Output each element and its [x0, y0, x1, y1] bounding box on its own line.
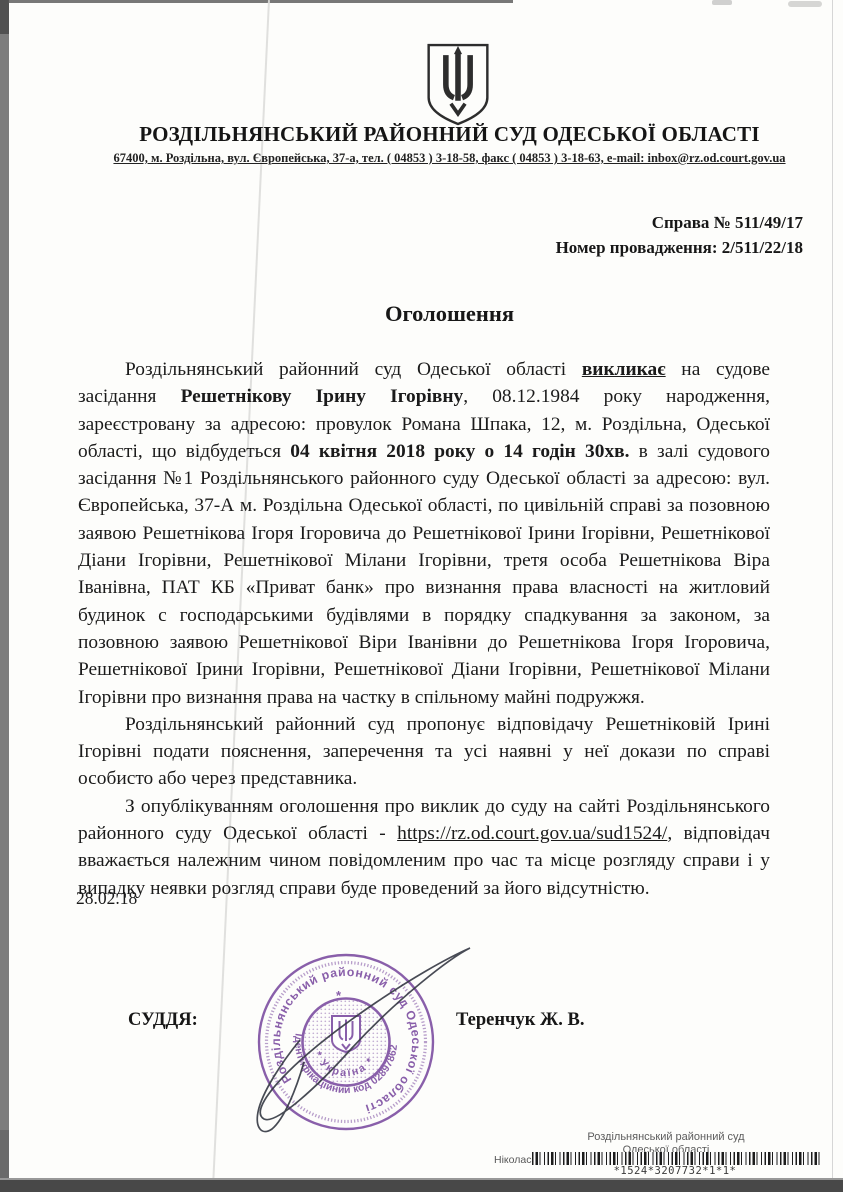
proceeding-number: Номер провадження: 2/511/22/18 [556, 235, 803, 260]
scan-smudge [712, 0, 732, 5]
judge-label: СУДДЯ: [128, 1010, 198, 1031]
ukraine-trident-icon [421, 42, 495, 127]
court-name: РОЗДІЛЬНЯНСЬКИЙ РАЙОННИЙ СУД ОДЕСЬКОЇ ОБ… [66, 122, 833, 147]
paragraph-publication-notice: З опублікуванням оголошення про виклик д… [78, 793, 770, 902]
case-info: Справа № 511/49/17 Номер провадження: 2/… [556, 210, 803, 260]
document-title: Оголошення [66, 301, 833, 327]
scan-smudge [788, 1, 822, 7]
footer-left-text: Ніколас [494, 1154, 531, 1166]
footer-court-line1: Роздільнянський районний суд [530, 1131, 802, 1144]
scan-left-edge [0, 0, 9, 1192]
court-contact-line: 67400, м. Роздільна, вул. Європейська, 3… [66, 151, 833, 166]
scan-top-line [8, 0, 513, 3]
court-seal: Роздільнянський районний суд Одеської об… [230, 930, 500, 1142]
document-body: Роздільнянський районний суд Одеської об… [78, 356, 770, 902]
paragraph-instruction: Роздільнянський районний суд пропонує ві… [78, 711, 770, 793]
scan-bottom-edge [0, 1178, 843, 1192]
paragraph-summons: Роздільнянський районний суд Одеської об… [78, 356, 770, 711]
document-date: 28.02.18 [76, 888, 137, 909]
seal-trident-icon [332, 1016, 360, 1052]
case-number: Справа № 511/49/17 [556, 210, 803, 235]
scan-right-edge [832, 0, 833, 1180]
registration-barcode [532, 1152, 820, 1165]
barcode-value: *1524*3207732*1*1* [560, 1165, 790, 1177]
